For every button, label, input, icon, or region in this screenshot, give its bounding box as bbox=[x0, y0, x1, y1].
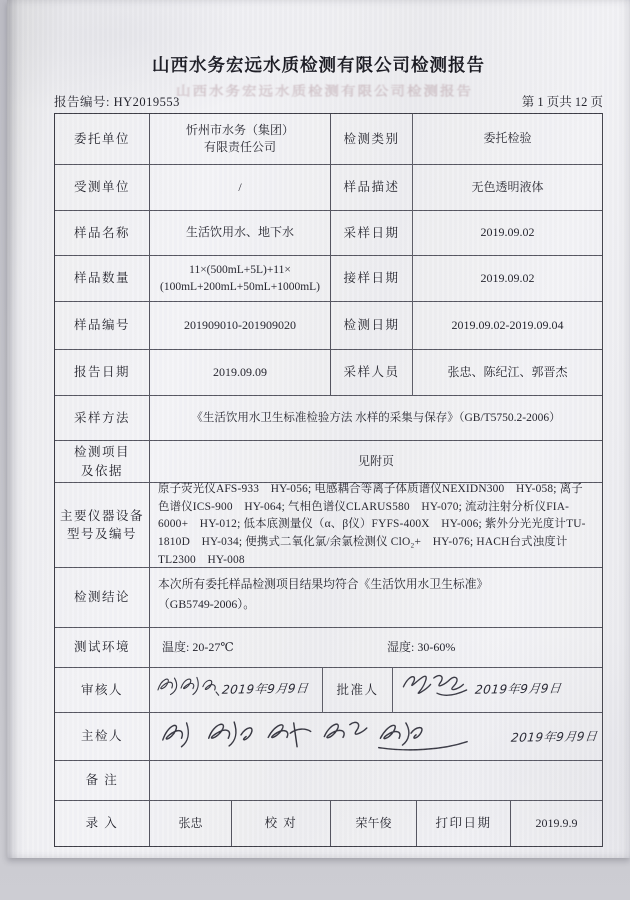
print-date-value: 2019.9.9 bbox=[510, 801, 602, 846]
row-value: 忻州市水务（集团） 有限责任公司 bbox=[149, 114, 330, 164]
report-number: 报告编号: HY2019553 bbox=[54, 92, 180, 110]
row-value: 201909010-201909020 bbox=[149, 302, 330, 349]
print-date-label: 打印日期 bbox=[416, 801, 510, 846]
proofread-name: 荣午俊 bbox=[330, 801, 416, 846]
conclusion-value: 本次所有委托样品检测项目结果均符合《生活饮用水卫生标准》 （GB5749-200… bbox=[149, 568, 602, 627]
row-value: 2019.09.02 bbox=[412, 256, 602, 301]
instruments-value: 原子荧光仪AFS-933 HY-056; 电感耦合等离子体质谱仪NEXIDN30… bbox=[149, 483, 602, 567]
reviewer-signature-scribble bbox=[154, 668, 220, 704]
row-value: 2019.09.02 bbox=[412, 211, 602, 255]
reviewer-label: 审核人 bbox=[55, 668, 149, 712]
table-row: 样品名称 生活饮用水、地下水 采样日期 2019.09.02 bbox=[55, 210, 602, 255]
reviewer-signature-cell: 2019年9月9日 bbox=[149, 668, 322, 712]
approver-date-handwritten: 2019年9月9日 bbox=[474, 681, 562, 700]
remark-label: 备 注 bbox=[55, 761, 149, 800]
table-row: 样品编号 201909010-201909020 检测日期 2019.09.02… bbox=[55, 301, 602, 349]
row-value: 无色透明液体 bbox=[412, 165, 602, 210]
entry-name: 张忠 bbox=[149, 801, 231, 846]
humidity-value: 湿度: 30-60% bbox=[387, 639, 455, 656]
row-label: 采样人员 bbox=[330, 350, 412, 395]
approver-signature-cell: 2019年9月9日 bbox=[392, 668, 602, 712]
row-label: 样品编号 bbox=[55, 302, 149, 349]
row-label: 检测日期 bbox=[330, 302, 412, 349]
page-indicator: 第 1 页共 12 页 bbox=[522, 92, 603, 110]
row-label: 主要仪器设备 型号及编号 bbox=[55, 483, 149, 567]
row-value: 2019.09.02-2019.09.04 bbox=[412, 302, 602, 349]
row-label: 检测项目 及依据 bbox=[55, 441, 149, 482]
sampling-method-value: 《生活饮用水卫生标准检验方法 水样的采集与保存》（GB/T5750.2-2006… bbox=[149, 396, 602, 440]
table-row-inspectors: 主检人 2019年9月9日 bbox=[55, 712, 602, 760]
table-row-conclusion: 检测结论 本次所有委托样品检测项目结果均符合《生活饮用水卫生标准》 （GB574… bbox=[55, 567, 602, 627]
row-value: 2019.09.09 bbox=[149, 350, 330, 395]
remark-value bbox=[149, 761, 602, 800]
row-value: 11×(500mL+5L)+11× (100mL+200mL+50mL+1000… bbox=[149, 256, 330, 301]
environment-value: 温度: 20-27℃ 湿度: 30-60% bbox=[149, 628, 602, 667]
inspector-date-handwritten: 2019年9月9日 bbox=[510, 728, 598, 747]
approver-signature-scribble bbox=[397, 668, 473, 704]
table-row-sampling-method: 采样方法 《生活饮用水卫生标准检验方法 水样的采集与保存》（GB/T5750.2… bbox=[55, 395, 602, 440]
row-value: 委托检验 bbox=[412, 114, 602, 164]
reviewer-date-handwritten: 2019年9月9日 bbox=[221, 681, 309, 700]
inspector-signatures-scribble bbox=[156, 712, 496, 756]
row-value: 张忠、陈纪江、郭晋杰 bbox=[412, 350, 602, 395]
table-row: 报告日期 2019.09.09 采样人员 张忠、陈纪江、郭晋杰 bbox=[55, 349, 602, 395]
row-label: 报告日期 bbox=[55, 350, 149, 395]
table-row: 受测单位 / 样品描述 无色透明液体 bbox=[55, 164, 602, 210]
table-row-instruments: 主要仪器设备 型号及编号 原子荧光仪AFS-933 HY-056; 电感耦合等离… bbox=[55, 482, 602, 567]
row-value: / bbox=[149, 165, 330, 210]
row-label: 委托单位 bbox=[55, 114, 149, 164]
table-row: 样品数量 11×(500mL+5L)+11× (100mL+200mL+50mL… bbox=[55, 255, 602, 301]
row-label: 样品描述 bbox=[330, 165, 412, 210]
entry-label: 录 入 bbox=[55, 801, 149, 846]
proofread-label: 校 对 bbox=[231, 801, 330, 846]
row-label: 样品数量 bbox=[55, 256, 149, 301]
row-label: 样品名称 bbox=[55, 211, 149, 255]
temperature-value: 温度: 20-27℃ bbox=[162, 639, 387, 656]
table-row-items-basis: 检测项目 及依据 见附页 bbox=[55, 440, 602, 482]
report-meta-line: 报告编号: HY2019553 第 1 页共 12 页 bbox=[54, 92, 603, 110]
table-row-review: 审核人 2019年9月9日 批准人 2019年9月9日 bbox=[55, 667, 602, 712]
items-basis-value: 见附页 bbox=[149, 441, 602, 482]
row-label: 接样日期 bbox=[330, 256, 412, 301]
row-value: 生活饮用水、地下水 bbox=[149, 211, 330, 255]
report-number-value: HY2019553 bbox=[114, 95, 180, 109]
row-label: 受测单位 bbox=[55, 165, 149, 210]
report-title: 山西水务宏远水质检测有限公司检测报告 bbox=[7, 52, 630, 77]
row-label: 检测类别 bbox=[330, 114, 412, 164]
row-label: 采样方法 bbox=[55, 396, 149, 440]
approver-label: 批准人 bbox=[322, 668, 392, 712]
report-number-label: 报告编号: bbox=[54, 95, 114, 109]
table-row-environment: 测试环境 温度: 20-27℃ 湿度: 30-60% bbox=[55, 627, 602, 667]
report-info-table: 委托单位 忻州市水务（集团） 有限责任公司 检测类别 委托检验 受测单位 / 样… bbox=[54, 113, 603, 847]
table-row-entry: 录 入 张忠 校 对 荣午俊 打印日期 2019.9.9 bbox=[55, 800, 602, 846]
table-row: 委托单位 忻州市水务（集团） 有限责任公司 检测类别 委托检验 bbox=[55, 114, 602, 164]
table-row-remark: 备 注 bbox=[55, 760, 602, 800]
row-label: 测试环境 bbox=[55, 628, 149, 667]
row-label: 采样日期 bbox=[330, 211, 412, 255]
scanned-report-page: 山西水务宏远水质检测有限公司检测报告 山西水务宏远水质检测有限公司检测报告 报告… bbox=[7, 0, 630, 858]
inspector-signatures-cell: 2019年9月9日 bbox=[149, 713, 602, 760]
row-label: 检测结论 bbox=[55, 568, 149, 627]
inspector-label: 主检人 bbox=[55, 713, 149, 760]
